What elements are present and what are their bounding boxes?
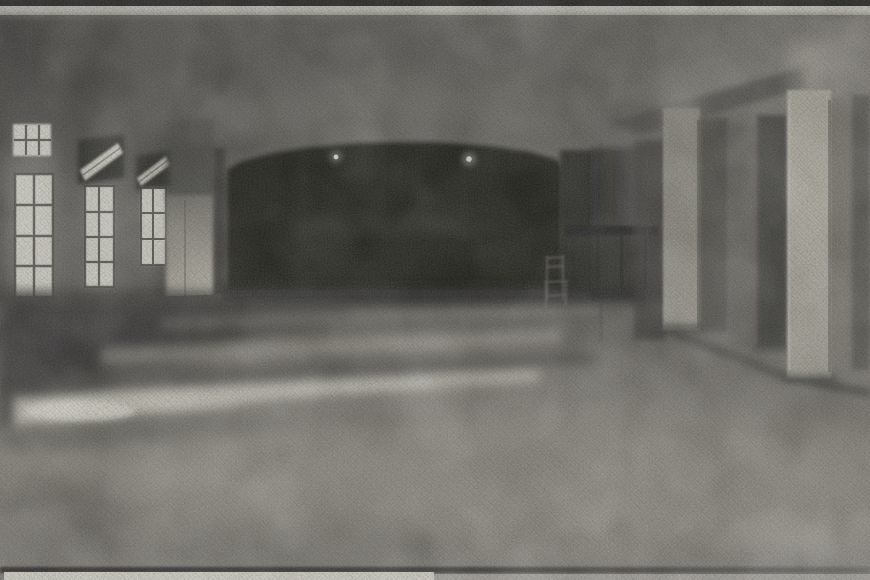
- blotch-light-overlay: [0, 0, 870, 580]
- hall-photo-canvas: [0, 0, 870, 580]
- photograph: [0, 0, 870, 580]
